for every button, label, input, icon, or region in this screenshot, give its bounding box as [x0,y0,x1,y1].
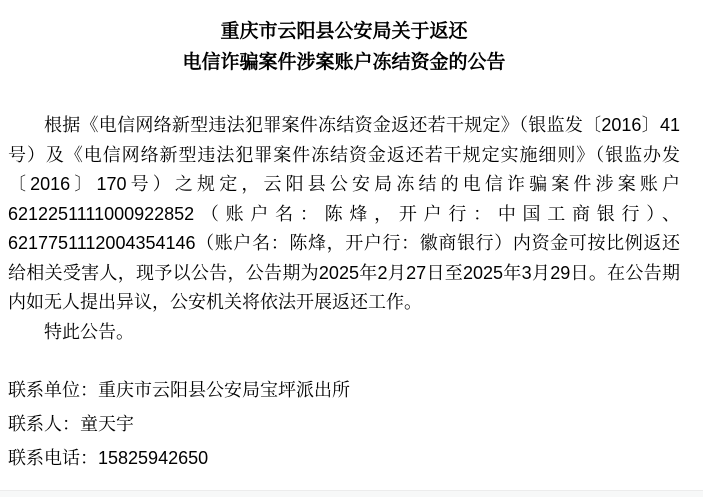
contact-unit-line: 联系单位：重庆市云阳县公安局宝坪派出所 [8,373,680,407]
contact-person-value: 童天宇 [80,414,134,434]
contact-phone-value: 15825942650 [98,448,208,468]
notice-body: 根据《电信网络新型违法犯罪案件冻结资金返还若干规定》（银监发〔2016〕41号）… [0,111,703,347]
contact-unit-value: 重庆市云阳县公安局宝坪派出所 [98,380,350,400]
notice-body-paragraph: 根据《电信网络新型违法犯罪案件冻结资金返还若干规定》（银监发〔2016〕41号）… [8,111,680,318]
notice-closing-line: 特此公告。 [8,318,680,348]
contact-person-line: 联系人：童天宇 [8,407,680,441]
notice-title-line-2: 电信诈骗案件涉案账户冻结资金的公告 [8,47,680,78]
contact-block: 联系单位：重庆市云阳县公安局宝坪派出所 联系人：童天宇 联系电话：1582594… [0,373,703,475]
announcement-page: 重庆市云阳县公安局关于返还 电信诈骗案件涉案账户冻结资金的公告 根据《电信网络新… [0,0,703,497]
contact-unit-label: 联系单位： [8,380,98,400]
contact-person-label: 联系人： [8,414,80,434]
bottom-edge-strip [0,490,703,497]
notice-title-line-1: 重庆市云阳县公安局关于返还 [8,16,680,47]
contact-phone-line: 联系电话：15825942650 [8,441,680,475]
notice-title: 重庆市云阳县公安局关于返还 电信诈骗案件涉案账户冻结资金的公告 [0,0,703,78]
contact-phone-label: 联系电话： [8,448,98,468]
